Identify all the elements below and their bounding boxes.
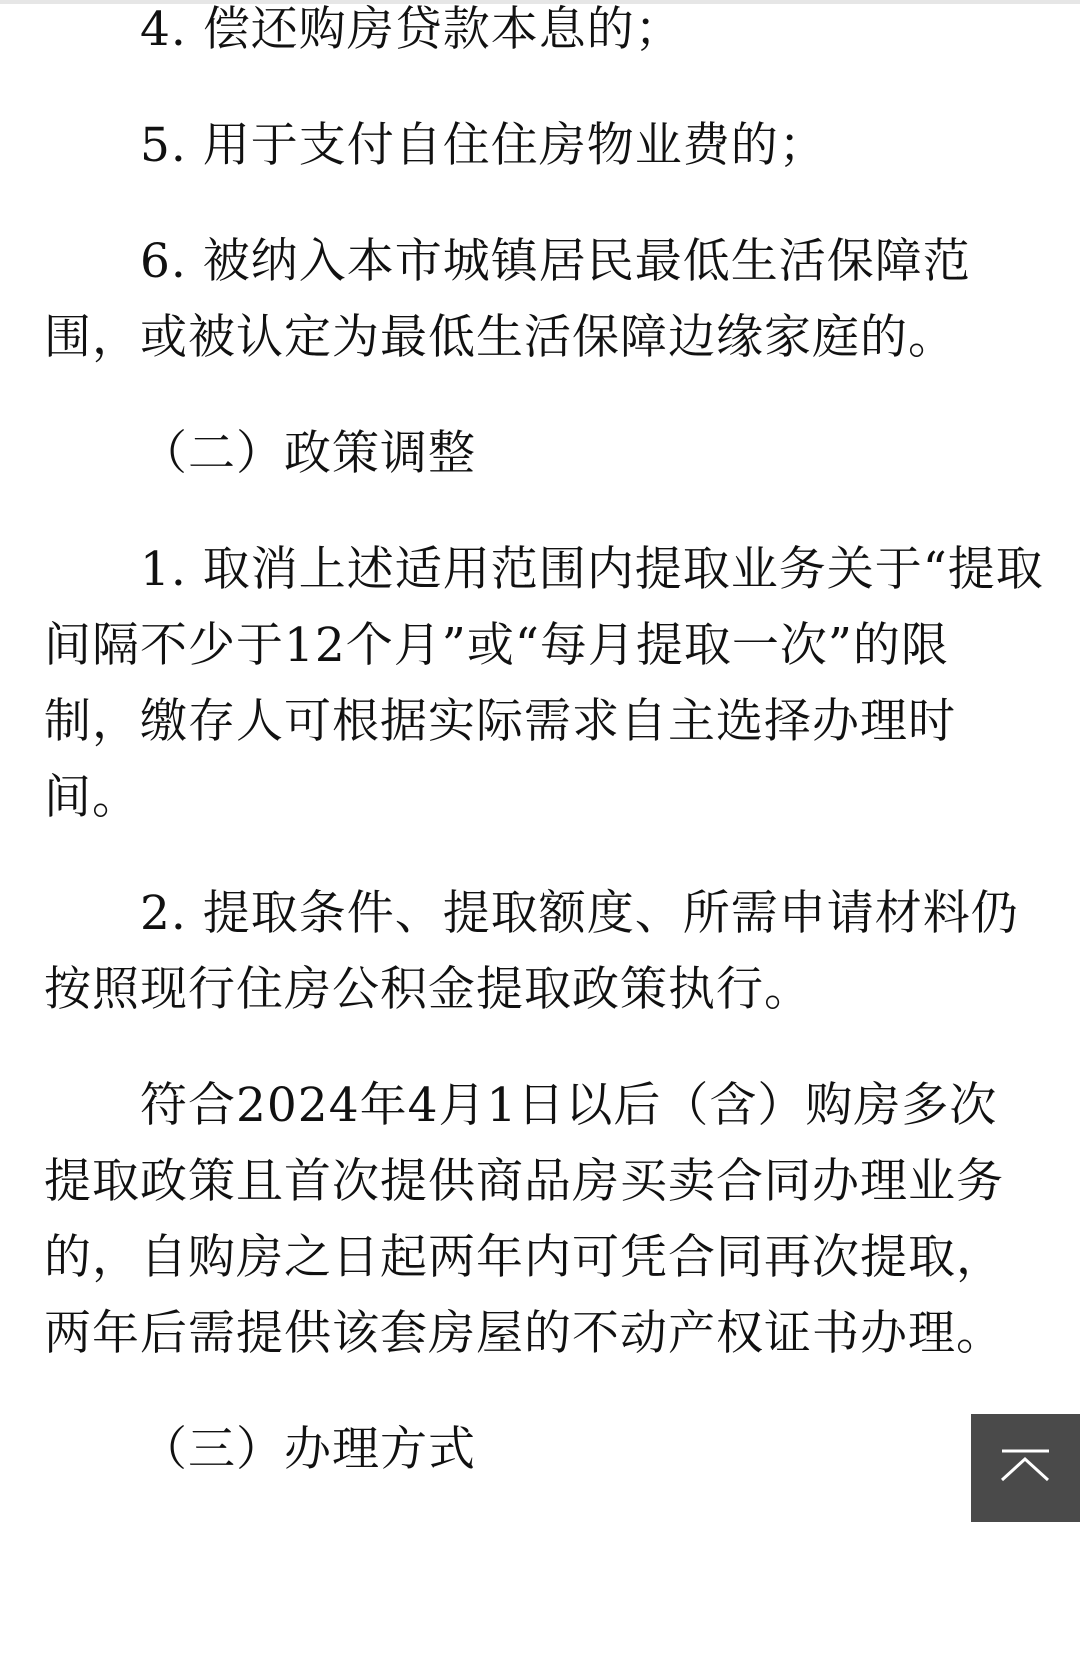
back-to-top-button[interactable]: [971, 1414, 1080, 1522]
section-heading-handling-method: （三）办理方式: [44, 1412, 1044, 1488]
section-heading-policy-adjustment: （二）政策调整: [44, 416, 1044, 492]
list-item-6: 6. 被纳入本市城镇居民最低生活保障范围，或被认定为最低生活保障边缘家庭的。: [44, 224, 1044, 376]
article-body: 4. 偿还购房贷款本息的； 5. 用于支付自住住房物业费的； 6. 被纳入本市城…: [44, 0, 1044, 1488]
list-item-4: 4. 偿还购房贷款本息的；: [44, 0, 1044, 68]
policy-note: 符合2024年4月1日以后（含）购房多次提取政策且首次提供商品房买卖合同办理业务…: [44, 1068, 1044, 1372]
arrow-up-to-top-icon: [971, 1414, 1080, 1522]
policy-item-1: 1. 取消上述适用范围内提取业务关于“提取间隔不少于12个月”或“每月提取一次”…: [44, 532, 1044, 836]
list-item-5: 5. 用于支付自住住房物业费的；: [44, 108, 1044, 184]
policy-item-2: 2. 提取条件、提取额度、所需申请材料仍按照现行住房公积金提取政策执行。: [44, 876, 1044, 1028]
